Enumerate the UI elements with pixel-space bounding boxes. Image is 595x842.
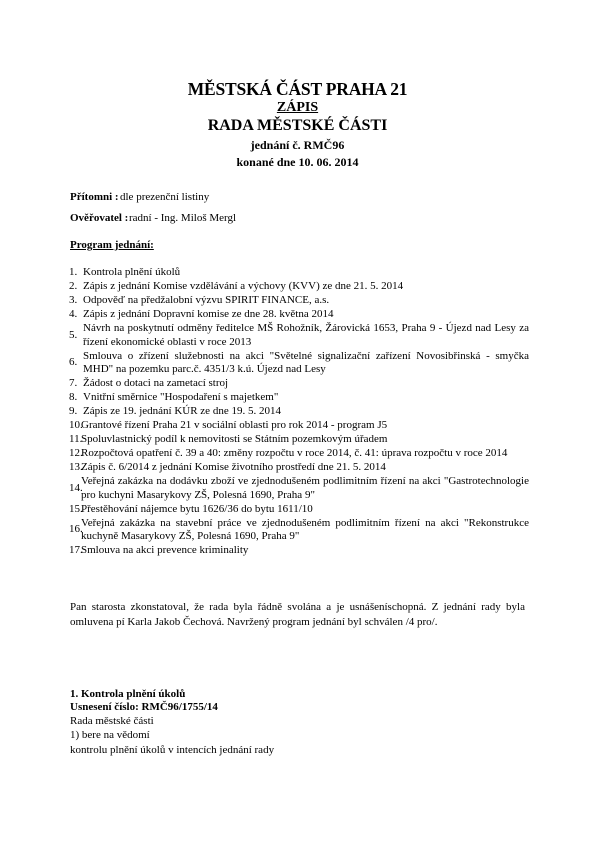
program-item: 1.Kontrola plnění úkolů <box>69 266 529 280</box>
program-item-text: Žádost o dotaci na zametací stroj <box>83 377 529 391</box>
verifier-value: radní - Ing. Miloš Mergl <box>129 212 236 224</box>
program-list: 1.Kontrola plnění úkolů2.Zápis z jednání… <box>69 266 529 558</box>
program-item-number: 12. <box>69 447 81 461</box>
program-item: 7.Žádost o dotaci na zametací stroj <box>69 377 529 391</box>
attendance-verifier: Ověřovatel :radní - Ing. Miloš Mergl <box>70 212 236 225</box>
resolution-body: Rada městské části <box>70 715 154 728</box>
verifier-label: Ověřovatel : <box>70 212 129 225</box>
program-item-number: 13. <box>69 461 81 475</box>
program-item-text: Zápis z jednání Komise vzdělávání a vých… <box>83 280 529 294</box>
present-value: dle prezenční listiny <box>120 191 209 203</box>
program-item-number: 15. <box>69 503 81 517</box>
program-item: 15.Přestěhování nájemce bytu 1626/36 do … <box>69 503 529 517</box>
program-item-text: Zápis z jednání Dopravní komise ze dne 2… <box>83 308 529 322</box>
program-item: 10.Grantové řízení Praha 21 v sociální o… <box>69 419 529 433</box>
program-item-number: 2. <box>69 280 83 294</box>
program-item: 13.Zápis č. 6/2014 z jednání Komise živo… <box>69 461 529 475</box>
program-item: 16.Veřejná zakázka na stavební práce ve … <box>69 517 529 544</box>
attendance-present: Přítomni :dle prezenční listiny <box>70 191 209 204</box>
program-item: 11.Spoluvlastnický podíl k nemovitosti s… <box>69 433 529 447</box>
program-item: 12.Rozpočtová opatření č. 39 a 40: změny… <box>69 447 529 461</box>
section-heading: 1. Kontrola plnění úkolů <box>70 688 185 701</box>
program-item-number: 3. <box>69 294 83 308</box>
program-item-text: Odpověď na předžalobní výzvu SPIRIT FINA… <box>83 294 529 308</box>
program-item-number: 5. <box>69 329 83 343</box>
meeting-date: konané dne 10. 06. 2014 <box>0 155 595 170</box>
program-item-number: 6. <box>69 356 83 370</box>
present-label: Přítomni : <box>70 191 120 204</box>
program-item-text: Spoluvlastnický podíl k nemovitosti se S… <box>81 433 529 447</box>
council-heading: RADA MĚSTSKÉ ČÁSTI <box>0 117 595 135</box>
program-item-text: Zápis ze 19. jednání KÚR ze dne 19. 5. 2… <box>83 405 529 419</box>
program-item-number: 4. <box>69 308 83 322</box>
program-item: 5.Návrh na poskytnutí odměny ředitelce M… <box>69 322 529 349</box>
program-item-text: Rozpočtová opatření č. 39 a 40: změny ro… <box>81 447 529 461</box>
meeting-number: jednání č. RMČ96 <box>0 138 595 153</box>
program-item-text: Zápis č. 6/2014 z jednání Komise životní… <box>81 461 529 475</box>
program-item-text: Návrh na poskytnutí odměny ředitelce MŠ … <box>83 322 529 349</box>
program-item: 14.Veřejná zakázka na dodávku zboží ve z… <box>69 475 529 502</box>
document-subtitle: ZÁPIS <box>0 100 595 116</box>
program-item-text: Přestěhování nájemce bytu 1626/36 do byt… <box>81 503 529 517</box>
program-item-number: 17. <box>69 544 81 558</box>
program-item-text: Smlouva o zřízení služebnosti na akci "S… <box>83 350 529 377</box>
program-heading: Program jednání: <box>70 239 154 251</box>
program-item-text: Veřejná zakázka na stavební práce ve zje… <box>81 517 529 544</box>
program-item-number: 9. <box>69 405 83 419</box>
program-item: 2.Zápis z jednání Komise vzdělávání a vý… <box>69 280 529 294</box>
program-item-number: 1. <box>69 266 83 280</box>
program-item-text: Kontrola plnění úkolů <box>83 266 529 280</box>
program-item: 3.Odpověď na předžalobní výzvu SPIRIT FI… <box>69 294 529 308</box>
program-item: 17.Smlouva na akci prevence kriminality <box>69 544 529 558</box>
document-title: MĚSTSKÁ ČÁST PRAHA 21 <box>0 79 595 100</box>
program-item: 4.Zápis z jednání Dopravní komise ze dne… <box>69 308 529 322</box>
program-item-number: 14. <box>69 482 81 496</box>
program-item: 6.Smlouva o zřízení služebnosti na akci … <box>69 350 529 377</box>
document-page: MĚSTSKÁ ČÁST PRAHA 21 ZÁPIS RADA MĚSTSKÉ… <box>0 0 595 842</box>
program-item-number: 8. <box>69 391 83 405</box>
program-item-number: 10. <box>69 419 81 433</box>
resolution-detail: kontrolu plnění úkolů v intencích jednán… <box>70 744 274 757</box>
program-item-number: 7. <box>69 377 83 391</box>
program-item-text: Grantové řízení Praha 21 v sociální obla… <box>81 419 529 433</box>
resolution-point: 1) bere na vědomí <box>70 729 150 742</box>
statement-paragraph: Pan starosta zkonstatoval, že rada byla … <box>70 600 525 629</box>
program-item: 9.Zápis ze 19. jednání KÚR ze dne 19. 5.… <box>69 405 529 419</box>
program-item-text: Veřejná zakázka na dodávku zboží ve zjed… <box>81 475 529 502</box>
program-item-text: Vnitřní směrnice "Hospodaření s majetkem… <box>83 391 529 405</box>
program-item: 8.Vnitřní směrnice "Hospodaření s majetk… <box>69 391 529 405</box>
program-item-text: Smlouva na akci prevence kriminality <box>81 544 529 558</box>
program-item-number: 11. <box>69 433 81 447</box>
program-item-number: 16. <box>69 523 81 537</box>
resolution-number: Usnesení číslo: RMČ96/1755/14 <box>70 701 218 714</box>
